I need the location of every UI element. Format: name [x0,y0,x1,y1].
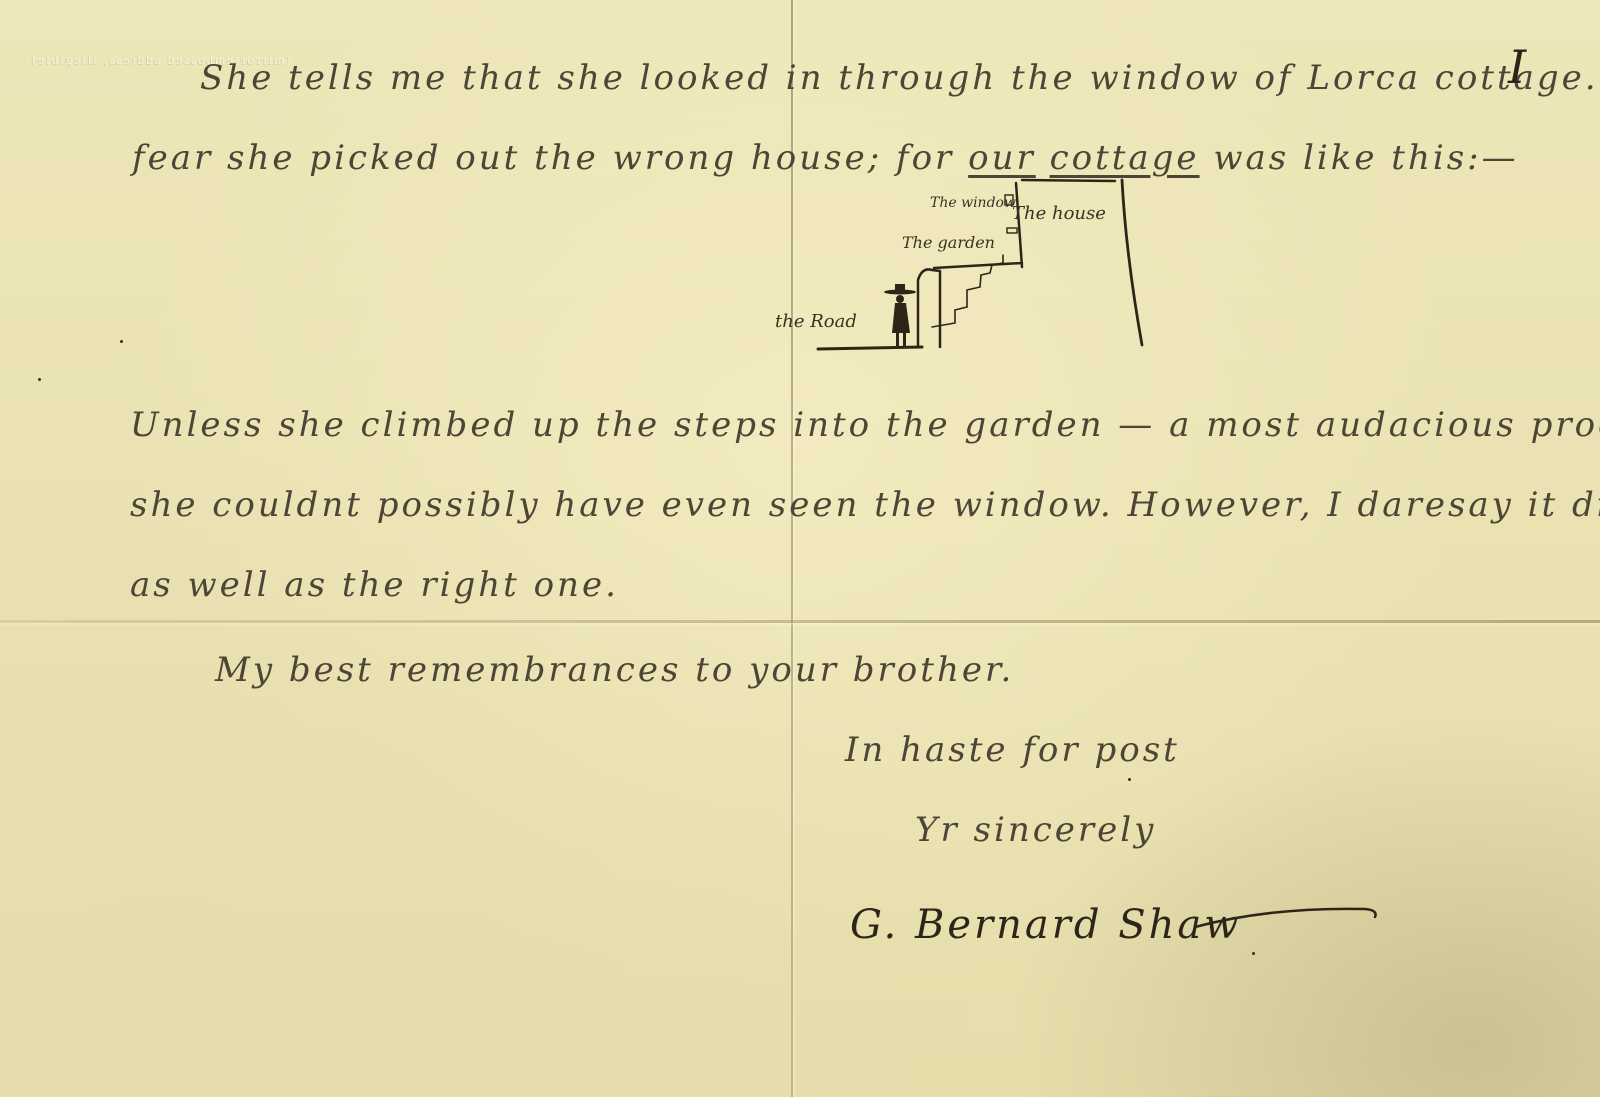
signature: G. Bernard Shaw [850,902,1241,948]
letter-line-5: as well as the right one. [130,565,619,605]
ink-speck [120,340,123,343]
signature-flourish [1190,895,1390,935]
letter-line-2-text-b: was like this:— [1213,138,1518,178]
letter-line-4: she couldnt possibly have even seen the … [130,485,1600,525]
closing-line-1: In haste for post [845,730,1180,770]
letter-page: (mirror-embossed address, illegible) She… [0,0,1600,1097]
letter-line-1-pronoun: I [1508,40,1529,94]
ink-speck [38,378,41,381]
ink-speck [1128,778,1131,781]
letter-line-2-text-a: fear she picked out the wrong house; for [132,138,954,178]
letter-line-3: Unless she climbed up the steps into the… [130,405,1600,445]
ink-speck [1252,952,1255,955]
underlined-word-our: our [968,138,1036,178]
underlined-word-cottage: cottage [1050,138,1200,178]
sketch-label-road: the Road [775,311,857,332]
man-figure-icon [884,284,916,347]
horizontal-fold-crease [0,620,1600,623]
letter-line-6: My best remembrances to your brother. [215,650,1014,690]
sketch-label-garden: The garden [902,233,995,252]
letter-line-1-text: She tells me that she looked in through … [200,58,1599,98]
closing-line-2: Yr sincerely [915,810,1156,850]
sketch-label-window: The window [930,195,1016,211]
letter-line-1: She tells me that she looked in through … [200,58,1599,98]
letter-line-2: fear she picked out the wrong house; for… [132,138,1519,178]
sketch-label-house: The house [1012,203,1106,224]
